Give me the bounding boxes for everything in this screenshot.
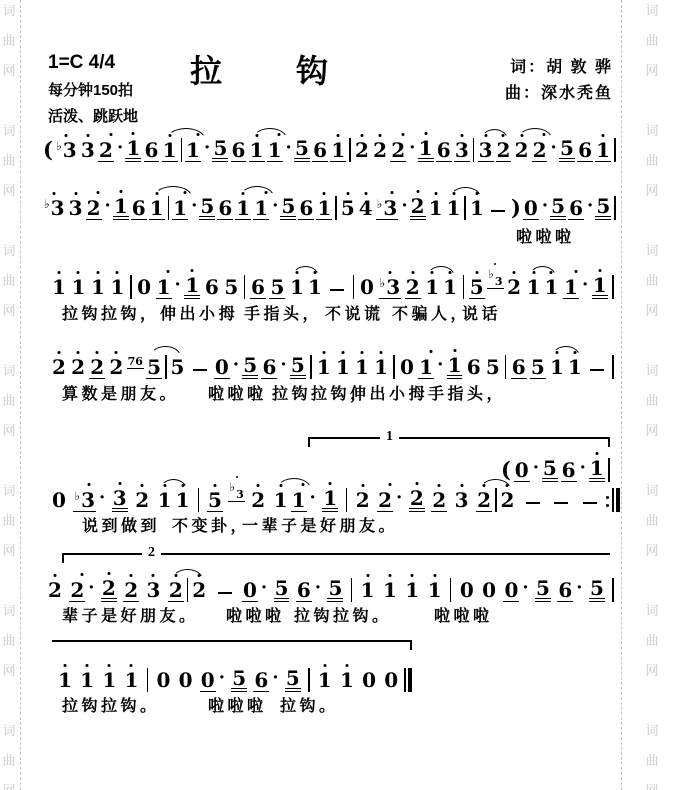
note: 1	[71, 268, 87, 299]
note-body: 2	[500, 490, 516, 512]
note-body: 5	[223, 277, 239, 299]
augmentation-dot: ·	[233, 356, 239, 374]
octave-dot	[438, 484, 441, 487]
octave-dot	[183, 191, 186, 194]
notes-row: 1111000·56·51100	[56, 658, 412, 692]
note: 5	[327, 569, 343, 602]
octave-dot	[322, 351, 325, 354]
note: 2	[506, 268, 522, 299]
note-body: 6	[568, 198, 584, 220]
note-body: 2	[496, 140, 512, 162]
note: 2	[410, 187, 426, 220]
note-body: 2	[101, 578, 117, 602]
note: 2	[514, 131, 530, 162]
note-digit: 2	[378, 488, 392, 512]
dash-note	[330, 289, 344, 292]
note-digit: 1	[185, 273, 199, 297]
note: 1·	[253, 188, 278, 220]
note: 2	[431, 481, 447, 512]
note: 1	[124, 661, 140, 692]
music-system: 1111000·56·51100	[56, 658, 412, 692]
note-body: 5	[212, 138, 228, 162]
note: 0	[481, 571, 497, 602]
octave-dot	[264, 191, 267, 194]
octave-dot	[502, 134, 505, 137]
octave-dot	[416, 190, 419, 193]
note-body: 0	[242, 580, 258, 602]
note-digit: 2	[102, 576, 116, 600]
note-digit: 6	[262, 355, 276, 379]
note-body: 1	[273, 490, 289, 512]
barline	[147, 668, 149, 692]
note-digit: 2	[109, 355, 123, 379]
grace-note: 76	[127, 347, 144, 369]
note: 1	[469, 189, 485, 220]
volta-bracket: 2	[62, 553, 610, 563]
note-digit: 5	[560, 136, 574, 160]
note: 2	[500, 481, 516, 512]
note: 1	[322, 479, 338, 512]
augmentation-dot: ·	[286, 139, 292, 157]
slur-group: 11	[156, 481, 192, 512]
note-body: 1	[172, 198, 188, 220]
note: 6	[204, 268, 220, 299]
octave-dot	[380, 351, 383, 354]
slur-group: 11	[445, 189, 486, 220]
note-digit: 6	[254, 668, 268, 692]
octave-dot	[141, 484, 144, 487]
note-body: 2	[51, 357, 67, 379]
note-digit: 2	[124, 578, 138, 602]
augmentation-dot: ·	[409, 139, 415, 157]
barline	[310, 355, 312, 379]
note-body: 1	[185, 140, 201, 162]
barline	[505, 355, 507, 379]
note-body: 0	[136, 277, 152, 299]
note: 1	[335, 348, 351, 379]
note-digit: 1	[383, 578, 397, 602]
note-body: 2	[168, 580, 184, 602]
octave-dot	[388, 483, 391, 486]
note-body: 1	[563, 277, 579, 299]
note-digit: 1	[173, 196, 187, 220]
barline	[244, 275, 246, 299]
note: 6	[312, 131, 328, 162]
note-body: 2	[405, 277, 421, 299]
note: 3	[80, 131, 96, 162]
note-body: 1	[316, 198, 332, 220]
note: 5	[595, 187, 611, 220]
note-body: ♭3	[73, 490, 96, 512]
note-body: 2	[354, 140, 370, 162]
octave-dot	[236, 476, 238, 478]
note-digit: 3	[69, 196, 83, 220]
note: 1	[382, 571, 398, 602]
octave-dot	[532, 271, 535, 274]
volta-right-tick	[410, 640, 412, 650]
note: 5	[340, 189, 356, 220]
barline	[473, 138, 475, 162]
note-digit: 1	[550, 355, 564, 379]
octave-dot	[86, 664, 89, 667]
note-body: 5	[469, 277, 485, 299]
notes-row: 22·223220·56·51111000·56·5	[46, 568, 616, 602]
note-body: 1	[90, 277, 106, 299]
note: 0	[136, 268, 152, 299]
octave-dot	[63, 664, 66, 667]
note: 2·	[390, 130, 415, 162]
octave-dot	[550, 271, 553, 274]
note: 2	[134, 481, 150, 512]
note-digit: 1	[274, 488, 288, 512]
note: 0·	[242, 570, 267, 602]
octave-dot	[411, 271, 414, 274]
slur-group: 22	[167, 571, 208, 602]
note: 5	[207, 481, 223, 512]
note-digit: 1	[428, 578, 442, 602]
note-digit: 3	[479, 138, 493, 162]
note: 6	[436, 131, 452, 162]
note-body: 1	[335, 357, 351, 379]
octave-dot	[449, 271, 452, 274]
note-body: 1	[447, 355, 463, 379]
note: 2·	[377, 480, 402, 512]
note: 1	[249, 131, 265, 162]
note-digit: 3	[51, 196, 65, 220]
note-digit: 6	[145, 138, 159, 162]
octave-dot	[484, 134, 487, 137]
flat-sign: ♭	[74, 489, 80, 503]
lyric-segment: 拉钩拉钩。	[294, 603, 392, 626]
volta-number: 2	[142, 545, 161, 561]
octave-dot	[460, 134, 463, 137]
slur-group: 22	[475, 481, 516, 512]
octave-dot	[77, 271, 80, 274]
note-body: 6	[250, 277, 266, 299]
note: 0	[155, 661, 171, 692]
note-body: 6	[144, 140, 160, 162]
note: 1	[79, 661, 95, 692]
note-digit: 6	[299, 196, 313, 220]
barline	[168, 196, 170, 220]
note: 2	[372, 131, 388, 162]
barline	[308, 668, 310, 692]
note-body: 1	[57, 670, 73, 692]
note: 1	[360, 571, 376, 602]
barline	[614, 138, 616, 162]
note: 1	[317, 661, 333, 692]
note-body: 2	[134, 490, 150, 512]
note-body: 2	[410, 196, 426, 220]
note: 1·	[172, 188, 197, 220]
note-digit: 2	[507, 275, 521, 299]
notes-row: 0♭3·32115♭3211·122·22322	[50, 478, 620, 512]
note-body: ♭3	[379, 277, 402, 299]
lyric-segment: 不骗人，	[392, 301, 470, 324]
note-body: 0	[383, 670, 399, 692]
octave-dot	[65, 134, 68, 137]
note-digit: 1	[292, 488, 306, 512]
barline	[463, 275, 465, 299]
octave-dot	[242, 192, 245, 195]
parenthesis: )	[511, 197, 521, 218]
octave-dot	[163, 484, 166, 487]
note-body: 5	[274, 578, 290, 602]
barline	[351, 578, 353, 602]
barline	[450, 578, 452, 602]
octave-dot	[181, 484, 184, 487]
note: 1	[446, 189, 462, 220]
note-digit: 3	[81, 488, 95, 512]
note-body: ♭3	[55, 140, 78, 162]
note-body: 1	[317, 670, 333, 692]
note: 2	[476, 481, 492, 512]
lyric-segment: 拉钩拉钩，	[62, 301, 160, 324]
flat-sign: ♭	[229, 480, 235, 494]
octave-dot	[483, 484, 486, 487]
music-system: (0·56·1	[500, 448, 612, 482]
barline	[464, 196, 466, 220]
note-digit: 0	[482, 578, 496, 602]
note-digit: 1	[158, 488, 172, 512]
note: 6	[466, 348, 482, 379]
note: 5	[170, 348, 186, 379]
note-body: 6	[231, 140, 247, 162]
octave-dot	[366, 574, 369, 577]
octave-dot	[341, 351, 344, 354]
note-digit: 0	[179, 668, 193, 692]
note-digit: 5	[590, 576, 604, 600]
note-digit: 1	[150, 196, 164, 220]
note-digit: 3	[81, 138, 95, 162]
octave-dot	[97, 191, 100, 194]
note: 1	[442, 268, 458, 299]
note-digit: 1	[425, 275, 439, 299]
note-body: 1	[184, 275, 200, 299]
note-digit: 3	[147, 578, 161, 602]
note-digit: 1	[91, 275, 105, 299]
note: 1·	[185, 130, 210, 162]
octave-dot	[118, 482, 121, 485]
note: 2	[496, 131, 512, 162]
note: 0	[383, 661, 399, 692]
note-body: 1	[162, 140, 178, 162]
octave-dot	[434, 192, 437, 195]
sheet-music-page: 词曲网词曲网词曲网词曲网词曲网词曲网词曲网 词曲网词曲网词曲网词曲网词曲网词曲网…	[0, 0, 675, 790]
octave-dot	[475, 271, 478, 274]
note-digit: 0	[137, 275, 151, 299]
octave-dot	[543, 133, 546, 136]
note-body: 1	[253, 198, 269, 220]
barline	[198, 488, 200, 512]
note-body: 3	[454, 490, 470, 512]
note-digit: 3	[495, 275, 503, 288]
note-digit: 6	[313, 138, 327, 162]
octave-dot	[452, 192, 455, 195]
augmentation-dot: ·	[550, 139, 556, 157]
note: 1	[90, 268, 106, 299]
music-system: ♭332·1611·5611·56154♭3·2111)0·56·5	[42, 186, 618, 220]
note: 1	[567, 348, 583, 379]
final-barline	[404, 668, 412, 692]
note: 0	[51, 481, 67, 512]
music-system: (♭332·1611·5611·561222·1633222·561	[42, 128, 618, 162]
notes-row: (0·56·1	[500, 448, 612, 482]
note: 6	[298, 189, 314, 220]
note-body: 2	[98, 140, 114, 162]
octave-dot	[80, 573, 83, 576]
note-digit: 1	[336, 355, 350, 379]
note-digit: 6	[251, 275, 265, 299]
note: 1	[51, 268, 67, 299]
note-digit: 2	[87, 196, 101, 220]
note-body: 1	[110, 277, 126, 299]
note-body: 1	[101, 670, 117, 692]
note-digit: 1	[429, 196, 443, 220]
note: 1	[592, 266, 608, 299]
note-digit: 1	[318, 668, 332, 692]
note: 2	[250, 481, 266, 512]
note-digit: 1	[80, 668, 94, 692]
note: ♭3	[55, 131, 78, 162]
note-body: 1	[360, 580, 376, 602]
note-digit: 5	[551, 194, 565, 218]
note-digit: 5	[470, 275, 484, 299]
note: 5	[280, 187, 296, 220]
note-body: 6	[217, 198, 233, 220]
note: ♭3	[379, 268, 402, 299]
note-digit: 2	[533, 138, 547, 162]
note-digit: 1	[448, 353, 462, 377]
note: 1	[157, 481, 173, 512]
lyric-segment: 不说谎	[325, 301, 384, 324]
note: 6	[217, 189, 233, 220]
augmentation-dot: ·	[396, 489, 402, 507]
octave-dot	[415, 482, 418, 485]
note-body: 1	[418, 138, 434, 162]
lyric-segment: 说到做到	[82, 513, 160, 536]
note: 5	[146, 348, 162, 379]
note: 2·	[98, 130, 123, 162]
note-digit: 6	[558, 578, 572, 602]
note-body: 3	[146, 580, 162, 602]
note: 5	[485, 348, 501, 379]
note: 0	[399, 348, 415, 379]
note-body: 2	[86, 198, 102, 220]
octave-dot	[279, 484, 282, 487]
note: 5	[223, 268, 239, 299]
octave-dot	[460, 484, 463, 487]
note-digit: 1	[290, 275, 304, 299]
octave-dot	[360, 351, 363, 354]
octave-dot	[168, 134, 171, 137]
note-body: 1	[316, 357, 332, 379]
note-digit: 1	[52, 275, 66, 299]
note-digit: 2	[373, 138, 387, 162]
note-body: 6	[296, 580, 312, 602]
notes-row: 222276550·56·5111101·1656511	[50, 345, 616, 379]
octave-dot	[53, 574, 56, 577]
slur-group: 11·	[148, 188, 199, 220]
note-digit: 6	[437, 138, 451, 162]
note: 1	[418, 129, 434, 162]
note: 1	[526, 268, 542, 299]
note-body: 2	[69, 580, 85, 602]
note: 4	[358, 189, 374, 220]
note-digit: 1	[236, 196, 250, 220]
note-body: 5	[231, 668, 247, 692]
note-body: 1	[291, 490, 307, 512]
octave-dot	[379, 134, 382, 137]
note-body: 1	[307, 277, 323, 299]
note: 2	[191, 571, 207, 602]
note: 0	[178, 661, 194, 692]
note-body: 1	[354, 357, 370, 379]
octave-dot	[390, 191, 393, 194]
slur-group: 11·	[161, 130, 212, 162]
note: 3	[454, 131, 470, 162]
dash-note	[583, 502, 597, 505]
note-body: 1	[418, 357, 434, 379]
note-body: 1	[156, 277, 172, 299]
slur-group: 11	[423, 268, 459, 299]
note-body: 2	[123, 580, 139, 602]
music-system: 0♭3·32115♭3211·122·22322	[50, 478, 620, 512]
note: 6	[131, 189, 147, 220]
slur-group: 11·	[248, 130, 293, 162]
note: 0·	[503, 570, 528, 602]
note-digit: 1	[111, 275, 125, 299]
note-digit: 0	[524, 196, 538, 220]
octave-dot	[602, 134, 605, 137]
note-digit: 5	[531, 355, 545, 379]
note: 1·	[418, 347, 443, 379]
note-body: 1	[125, 138, 141, 162]
barline	[349, 138, 351, 162]
note: ♭3	[43, 189, 66, 220]
note-body: 3	[478, 140, 494, 162]
note-body: 2	[355, 490, 371, 512]
note-body: 1	[113, 196, 129, 220]
note-digit: 1	[114, 194, 128, 218]
note-body: 1	[382, 580, 398, 602]
note-digit: 5	[291, 353, 305, 377]
augmentation-dot: ·	[88, 579, 94, 597]
octave-dot	[573, 351, 576, 354]
note-digit: 6	[578, 138, 592, 162]
octave-dot	[411, 574, 414, 577]
score: (♭332·1611·5611·561222·1633222·561♭332·1…	[0, 0, 675, 790]
note-body: 1	[549, 357, 565, 379]
slur-group: 11·	[272, 480, 317, 512]
lyric-segment: 伸出小拇	[350, 381, 428, 404]
octave-dot	[494, 263, 496, 265]
note-digit: 3	[63, 138, 77, 162]
note: 1·	[267, 130, 292, 162]
note: 6·	[296, 570, 321, 602]
note-digit: 0	[400, 355, 414, 379]
volta-left-tick	[62, 553, 64, 563]
note: 1	[595, 131, 611, 162]
note: 5	[290, 346, 306, 379]
note-digit: 0	[52, 488, 66, 512]
flat-sign: ♭	[380, 276, 386, 290]
lyric-segment: 手指头，	[244, 301, 322, 324]
note-body: 1	[267, 140, 283, 162]
octave-dot	[57, 351, 60, 354]
note-body: 3	[112, 488, 128, 512]
augmentation-dot: ·	[576, 579, 582, 597]
